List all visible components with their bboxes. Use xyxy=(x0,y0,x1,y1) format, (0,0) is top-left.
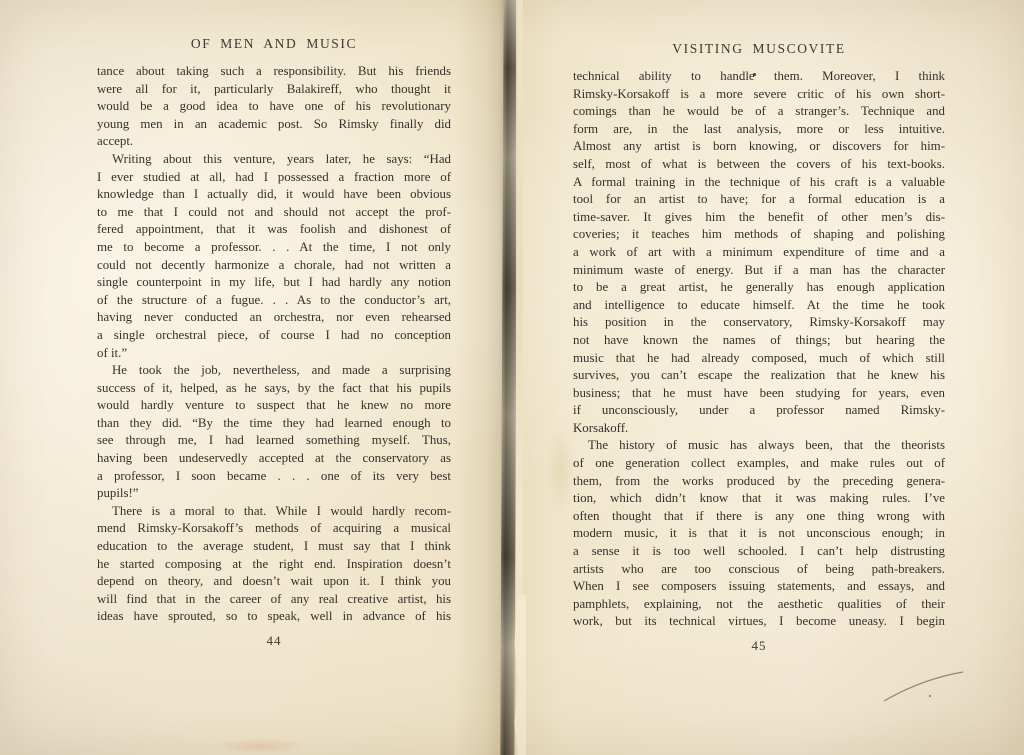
text-line: music that he had already composed, much… xyxy=(573,350,945,368)
text-line: comings than he would be of a stranger’s… xyxy=(573,103,945,121)
text-line: When I see composers issuing statements,… xyxy=(573,578,945,596)
text-line: knowledge than I actually did, it would … xyxy=(97,186,451,204)
text-line: see through me, I had learned something … xyxy=(97,432,451,450)
text-line: coveries; it teaches him methods of shap… xyxy=(573,226,945,244)
text-line: success of it, helped, as he says, by th… xyxy=(97,380,451,398)
text-line: having been undeservedly accepted at the… xyxy=(97,450,451,468)
page-number-left: 44 xyxy=(97,633,451,649)
text-line: survives, you can’t escape the realizati… xyxy=(573,367,945,385)
paper-stain xyxy=(212,738,308,754)
right-page: VISITING MUSCOVITE technical ability to … xyxy=(573,41,945,654)
text-line: fered appointment, that it was foolish a… xyxy=(97,221,451,239)
running-header-right: VISITING MUSCOVITE xyxy=(573,41,945,57)
text-line: There is a moral to that. While I would … xyxy=(97,503,451,521)
text-line: of it.” xyxy=(97,345,451,363)
text-line: time-saver. It gives him the benefit of … xyxy=(573,209,945,227)
text-line: if unconsciously, under a professor name… xyxy=(573,402,945,420)
ink-speck xyxy=(753,73,756,76)
left-page: OF MEN AND MUSIC tance about taking such… xyxy=(97,36,451,649)
text-line: me to become a professor. . . At the tim… xyxy=(97,239,451,257)
text-line: Almost any artist is born knowing, or di… xyxy=(573,138,945,156)
text-line: modern music, it is that it is not uncon… xyxy=(573,525,945,543)
text-line: than they did. “By the time they had lea… xyxy=(97,415,451,433)
text-line: tion, which didn’t know that it was maki… xyxy=(573,490,945,508)
text-line: accept. xyxy=(97,133,451,151)
text-line: artists who are too conscious of being p… xyxy=(573,561,945,579)
text-line: The history of music has always been, th… xyxy=(573,437,945,455)
text-line: to be a great artist, he generally has e… xyxy=(573,279,945,297)
right-page-text: technical ability to handle them. Moreov… xyxy=(573,68,945,631)
text-line: he started composing at the right end. I… xyxy=(97,556,451,574)
left-page-text: tance about taking such a responsibility… xyxy=(97,63,451,626)
scratch-mark xyxy=(870,655,990,715)
text-line: Writing about this venture, years later,… xyxy=(97,151,451,169)
text-line: work, but its technical virtues, I becom… xyxy=(573,613,945,631)
text-line: of the structure of a fugue. . . As to t… xyxy=(97,292,451,310)
text-line: a sense it is too well schooled. I can’t… xyxy=(573,543,945,561)
text-line: would be a good idea to have one of his … xyxy=(97,98,451,116)
text-line: were all for it, particularly Balakireff… xyxy=(97,81,451,99)
text-line: pupils!” xyxy=(97,485,451,503)
running-header-left: OF MEN AND MUSIC xyxy=(97,36,451,52)
book-scan: OF MEN AND MUSIC tance about taking such… xyxy=(0,0,1024,755)
text-line: I ever studied at all, had I possessed a… xyxy=(97,169,451,187)
text-line: single counterpoint in my life, but I ha… xyxy=(97,274,451,292)
text-line: tance about taking such a responsibility… xyxy=(97,63,451,81)
text-line: a professor, I soon became . . . one of … xyxy=(97,468,451,486)
text-line: could not decently harmonize a chorale, … xyxy=(97,257,451,275)
text-line: Korsakoff. xyxy=(573,420,945,438)
text-line: his position in the conservatory, Rimsky… xyxy=(573,314,945,332)
text-line: self, most of what is between the covers… xyxy=(573,156,945,174)
text-line: He took the job, nevertheless, and made … xyxy=(97,362,451,380)
text-line: not have known the names of things; but … xyxy=(573,332,945,350)
text-line: mend Rimsky-Korsakoff’s methods of acqui… xyxy=(97,520,451,538)
text-line: will find that in the career of any real… xyxy=(97,591,451,609)
text-line: to me that I could not and should not ac… xyxy=(97,204,451,222)
text-line: form are, in the last analysis, more or … xyxy=(573,121,945,139)
text-line: them, from the works produced by the pre… xyxy=(573,473,945,491)
text-line: pamphlets, explaining, not the aesthetic… xyxy=(573,596,945,614)
text-line: tool for an artist to have; for a formal… xyxy=(573,191,945,209)
page-number-right: 45 xyxy=(573,638,945,654)
text-line: and intelligence to educate himself. At … xyxy=(573,297,945,315)
text-line: education to the average student, I must… xyxy=(97,538,451,556)
text-line: often thought that if there is any one t… xyxy=(573,508,945,526)
text-line: ideas have sprouted, so to speak, well i… xyxy=(97,608,451,626)
text-line: a work of art with a minimum expenditure… xyxy=(573,244,945,262)
text-line: having never conducted an orchestra, nor… xyxy=(97,309,451,327)
text-line: a single orchestral piece, of course I h… xyxy=(97,327,451,345)
text-line: technical ability to handle them. Moreov… xyxy=(573,68,945,86)
text-line: A formal training in the technique of hi… xyxy=(573,174,945,192)
text-line: Rimsky-Korsakoff is a more severe critic… xyxy=(573,86,945,104)
text-line: minimum waste of energy. But if a man ha… xyxy=(573,262,945,280)
text-line: of one generation collect examples, and … xyxy=(573,455,945,473)
text-line: young men in an academic post. So Rimsky… xyxy=(97,116,451,134)
text-line: depend on theory, and doesn’t wait upon … xyxy=(97,573,451,591)
binding-gutter xyxy=(455,0,565,755)
text-line: business; that he must have been studyin… xyxy=(573,385,945,403)
text-line: would hardly venture to suspect that he … xyxy=(97,397,451,415)
